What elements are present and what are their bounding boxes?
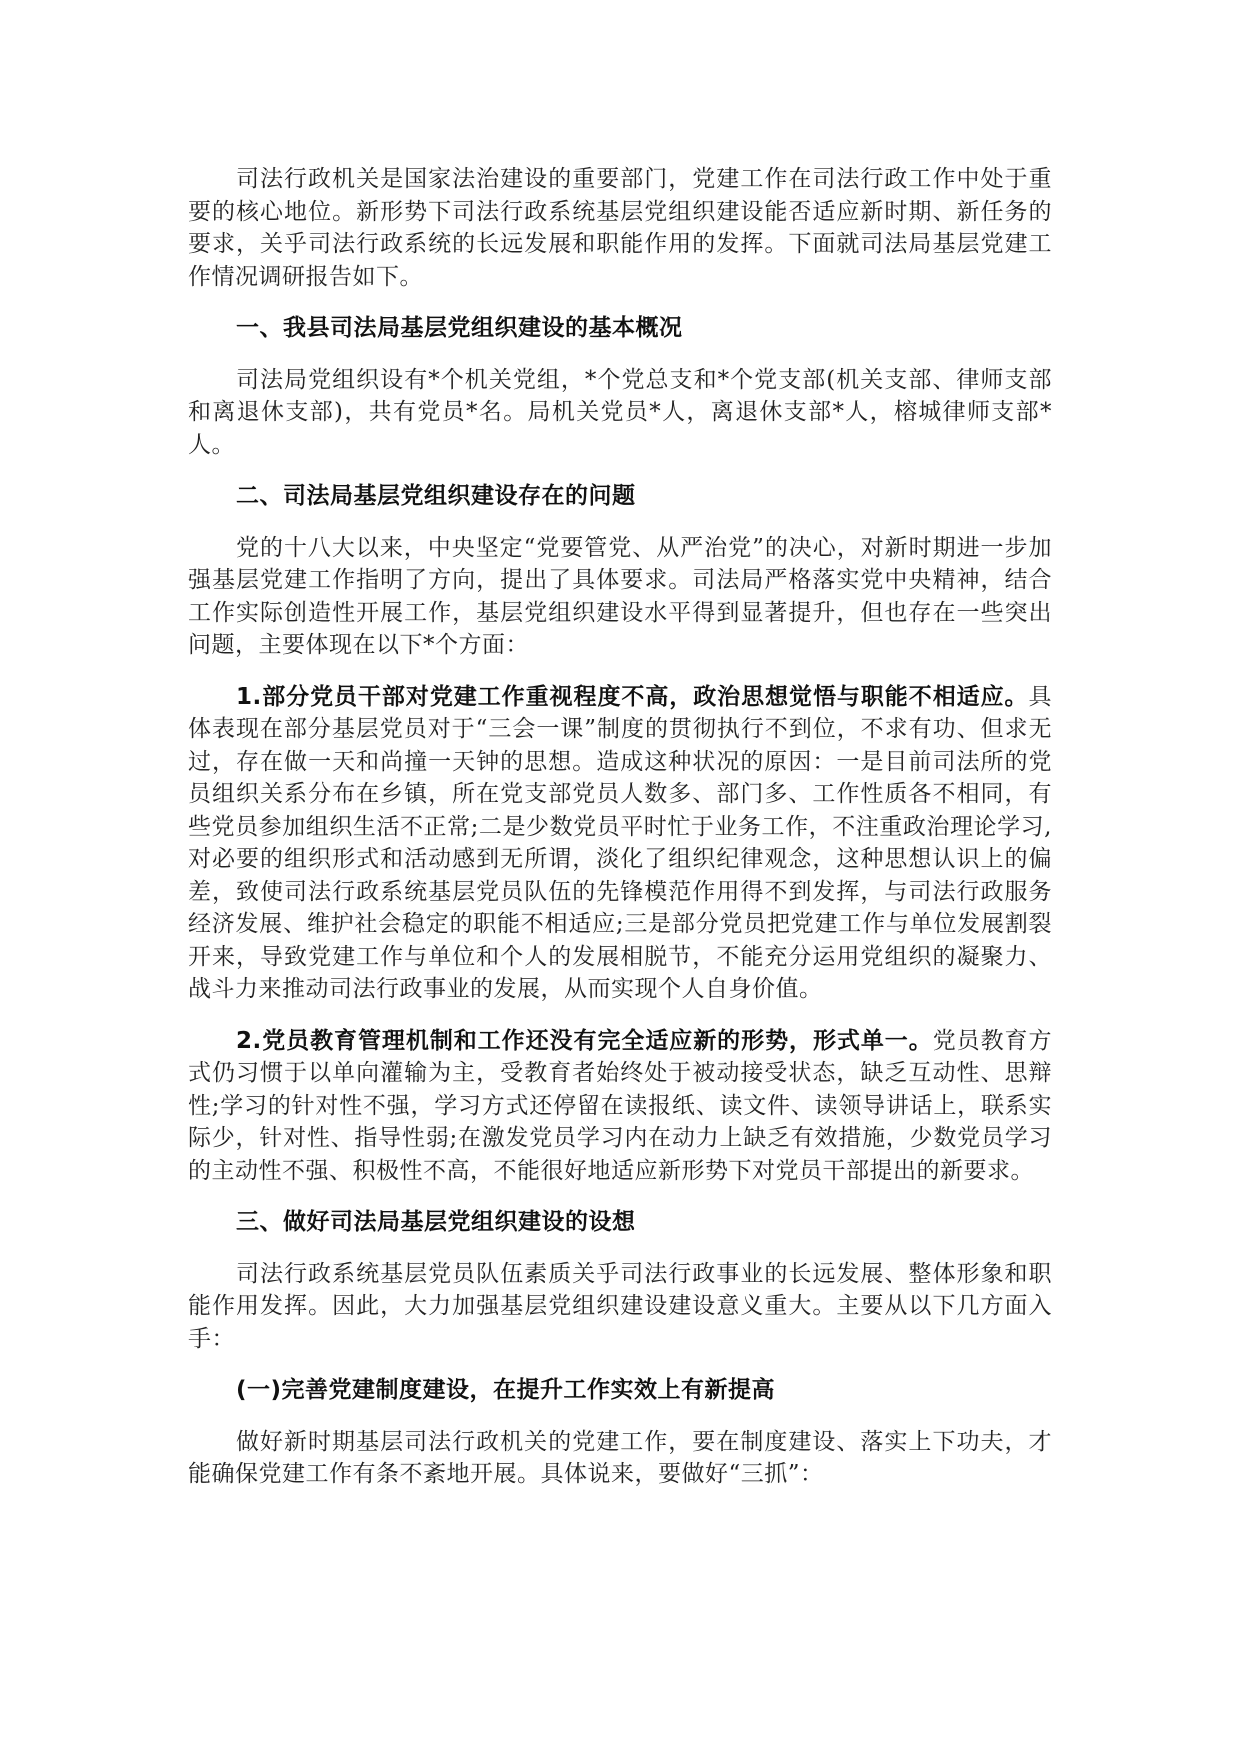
problem-point-2-lead: 2.党员教育管理机制和工作还没有完全适应新的形势，形式单一。 — [236, 1028, 933, 1054]
problem-point-1-lead: 1.部分党员干部对党建工作重视程度不高，政治思想觉悟与职能不相适应。 — [236, 684, 1029, 710]
section-1-heading: 一、我县司法局基层党组织建设的基本概况 — [188, 312, 1052, 345]
section-1-body: 司法局党组织设有*个机关党组，*个党总支和*个党支部(机关支部、律师支部和离退休… — [188, 364, 1052, 462]
problem-point-2: 2.党员教育管理机制和工作还没有完全适应新的形势，形式单一。党员教育方式仍习惯于… — [188, 1025, 1052, 1188]
problem-point-1: 1.部分党员干部对党建工作重视程度不高，政治思想觉悟与职能不相适应。具体表现在部… — [188, 681, 1052, 1006]
problem-point-1-text: 具体表现在部分基层党员对于“三会一课”制度的贯彻执行不到位，不求有功、但求无过，… — [188, 684, 1052, 1003]
document-page: 司法行政机关是国家法治建设的重要部门，党建工作在司法行政工作中处于重要的核心地位… — [188, 163, 1052, 1510]
intro-paragraph: 司法行政机关是国家法治建设的重要部门，党建工作在司法行政工作中处于重要的核心地位… — [188, 163, 1052, 293]
section-3-body: 司法行政系统基层党员队伍素质关乎司法行政事业的长远发展、整体形象和职能作用发挥。… — [188, 1258, 1052, 1356]
section-2-body: 党的十八大以来，中央坚定“党要管党、从严治党”的决心，对新时期进一步加强基层党建… — [188, 532, 1052, 662]
subsection-1-body: 做好新时期基层司法行政机关的党建工作，要在制度建设、落实上下功夫，才能确保党建工… — [188, 1426, 1052, 1491]
subsection-1-heading: (一)完善党建制度建设，在提升工作实效上有新提高 — [188, 1374, 1052, 1407]
section-2-heading: 二、司法局基层党组织建设存在的问题 — [188, 480, 1052, 513]
section-3-heading: 三、做好司法局基层党组织建设的设想 — [188, 1206, 1052, 1239]
